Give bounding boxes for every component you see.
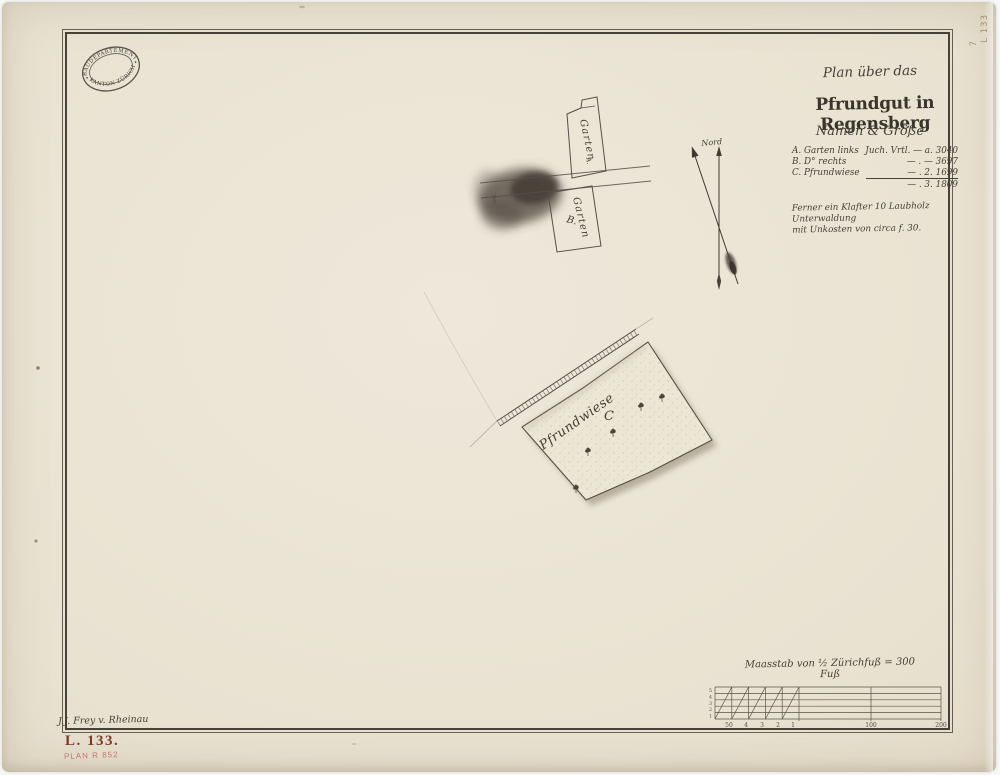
margin-page-number: 7 — [969, 40, 979, 46]
parcel-b-label: B. D° rechts — [792, 157, 846, 168]
plan-number: PLAN R 852 — [64, 750, 119, 761]
parcel-a-value: Juch. Vrtl. — a. 3040 — [865, 146, 958, 157]
table-row-total: — . 3. 1809 — [792, 178, 958, 191]
scanned-plan-page: BAUDEPARTEMENT KANTON ZÜRICH — [0, 0, 1000, 775]
margin-archive-number: L 133 — [980, 14, 990, 43]
scale-bar-title: Maasstab von ½ Zürichfuß = 300 Fuß — [740, 656, 920, 681]
remark-note: Ferner ein Klafter 10 Laubholz Unterwald… — [792, 200, 975, 236]
table-row: B. D° rechts — . — 3697 — [792, 157, 958, 168]
title-subheading: Namen & Größe — [790, 124, 950, 139]
total-value: — . 3. 1809 — [866, 178, 958, 191]
area-table: A. Garten links Juch. Vrtl. — a. 3040 B.… — [792, 146, 958, 191]
parcel-b-value: — . — 3697 — [907, 157, 958, 168]
parcel-c-value: — . 2. 1699 — [907, 168, 958, 179]
parcel-c-label: C. Pfrundwiese — [792, 168, 860, 179]
remark-note-line1: Ferner ein Klafter 10 Laubholz Unterwald… — [792, 200, 974, 225]
table-row: A. Garten links Juch. Vrtl. — a. 3040 — [792, 146, 958, 157]
table-row: C. Pfrundwiese — . 2. 1699 — [792, 168, 958, 179]
parcel-a-label: A. Garten links — [792, 146, 859, 157]
catalog-number: L. 133. — [65, 733, 119, 750]
